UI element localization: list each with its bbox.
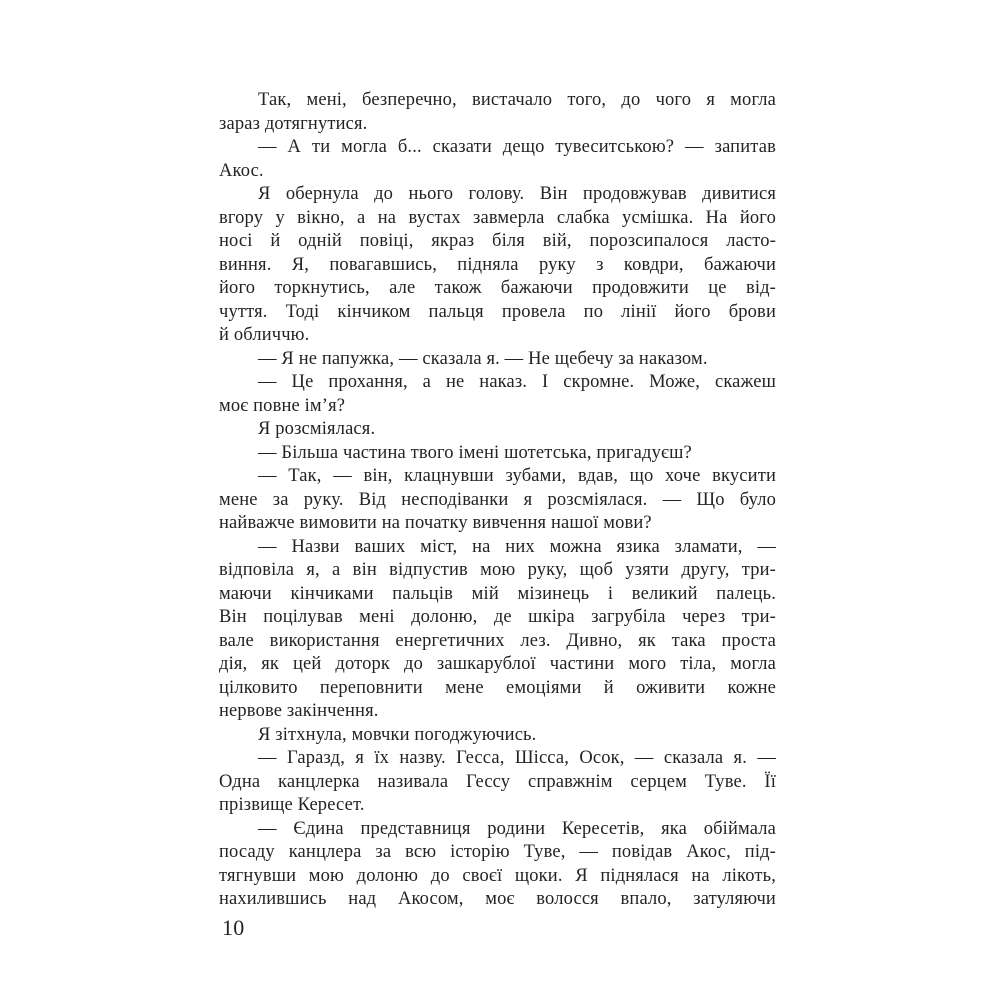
text-line: виння. Я, повагавшись, підняла руку з ко… [219, 254, 776, 278]
text-line: вале використання енергетичних лез. Дивн… [219, 630, 776, 654]
text-line: — Так, — він, клацнувши зубами, вдав, що… [219, 465, 776, 489]
text-line: Він поцілував мені долоню, де шкіра загр… [219, 606, 776, 630]
text-line: найважче вимовити на початку вивчення на… [219, 512, 776, 536]
text-line: посаду канцлера за всю історію Туве, — п… [219, 841, 776, 865]
text-line: прізвище Кересет. [219, 794, 776, 818]
text-line: зараз дотягнутися. [219, 113, 776, 137]
text-line: — Це прохання, а не наказ. І скромне. Мо… [219, 371, 776, 395]
text-line: Акос. [219, 160, 776, 184]
text-line: мене за руку. Від несподіванки я розсмія… [219, 489, 776, 513]
page-number: 10 [222, 914, 245, 942]
text-block: Так, мені, безперечно, вистачало того, д… [219, 89, 776, 912]
text-line: — А ти могла б... сказати дещо тувеситсь… [219, 136, 776, 160]
text-line: моє повне ім’я? [219, 395, 776, 419]
book-page: Так, мені, безперечно, вистачало того, д… [0, 0, 1000, 1000]
text-line: — Гаразд, я їх назву. Гесса, Шісса, Осок… [219, 747, 776, 771]
text-line: цілковито переповнити мене емоціями й ож… [219, 677, 776, 701]
text-line: дія, як цей доторк до зашкарублої частин… [219, 653, 776, 677]
text-line: чуття. Тоді кінчиком пальця провела по л… [219, 301, 776, 325]
text-line: Одна канцлерка називала Гессу справжнім … [219, 771, 776, 795]
text-line: носі й одній повіці, якраз біля вій, пор… [219, 230, 776, 254]
text-line: Я зітхнула, мовчки погоджуючись. [219, 724, 776, 748]
text-line: — Я не папужка, — сказала я. — Не щебечу… [219, 348, 776, 372]
text-line: — Назви ваших міст, на них можна язика з… [219, 536, 776, 560]
text-line: Так, мені, безперечно, вистачало того, д… [219, 89, 776, 113]
text-line: Я розсміялася. [219, 418, 776, 442]
text-line: — Більша частина твого імені шотетська, … [219, 442, 776, 466]
text-line: Я обернула до нього голову. Він продовжу… [219, 183, 776, 207]
text-line: — Єдина представниця родини Кересетів, я… [219, 818, 776, 842]
text-line: відповіла я, а він відпустив мою руку, щ… [219, 559, 776, 583]
text-line: його торкнутись, але також бажаючи продо… [219, 277, 776, 301]
text-line: й обличчю. [219, 324, 776, 348]
text-line: тягнувши мою долоню до своєї щоки. Я під… [219, 865, 776, 889]
text-line: нахилившись над Акосом, моє волосся впал… [219, 888, 776, 912]
text-line: маючи кінчиками пальців мій мізинець і в… [219, 583, 776, 607]
text-line: нервове закінчення. [219, 700, 776, 724]
text-line: вгору у вікно, а на вустах завмерла слаб… [219, 207, 776, 231]
